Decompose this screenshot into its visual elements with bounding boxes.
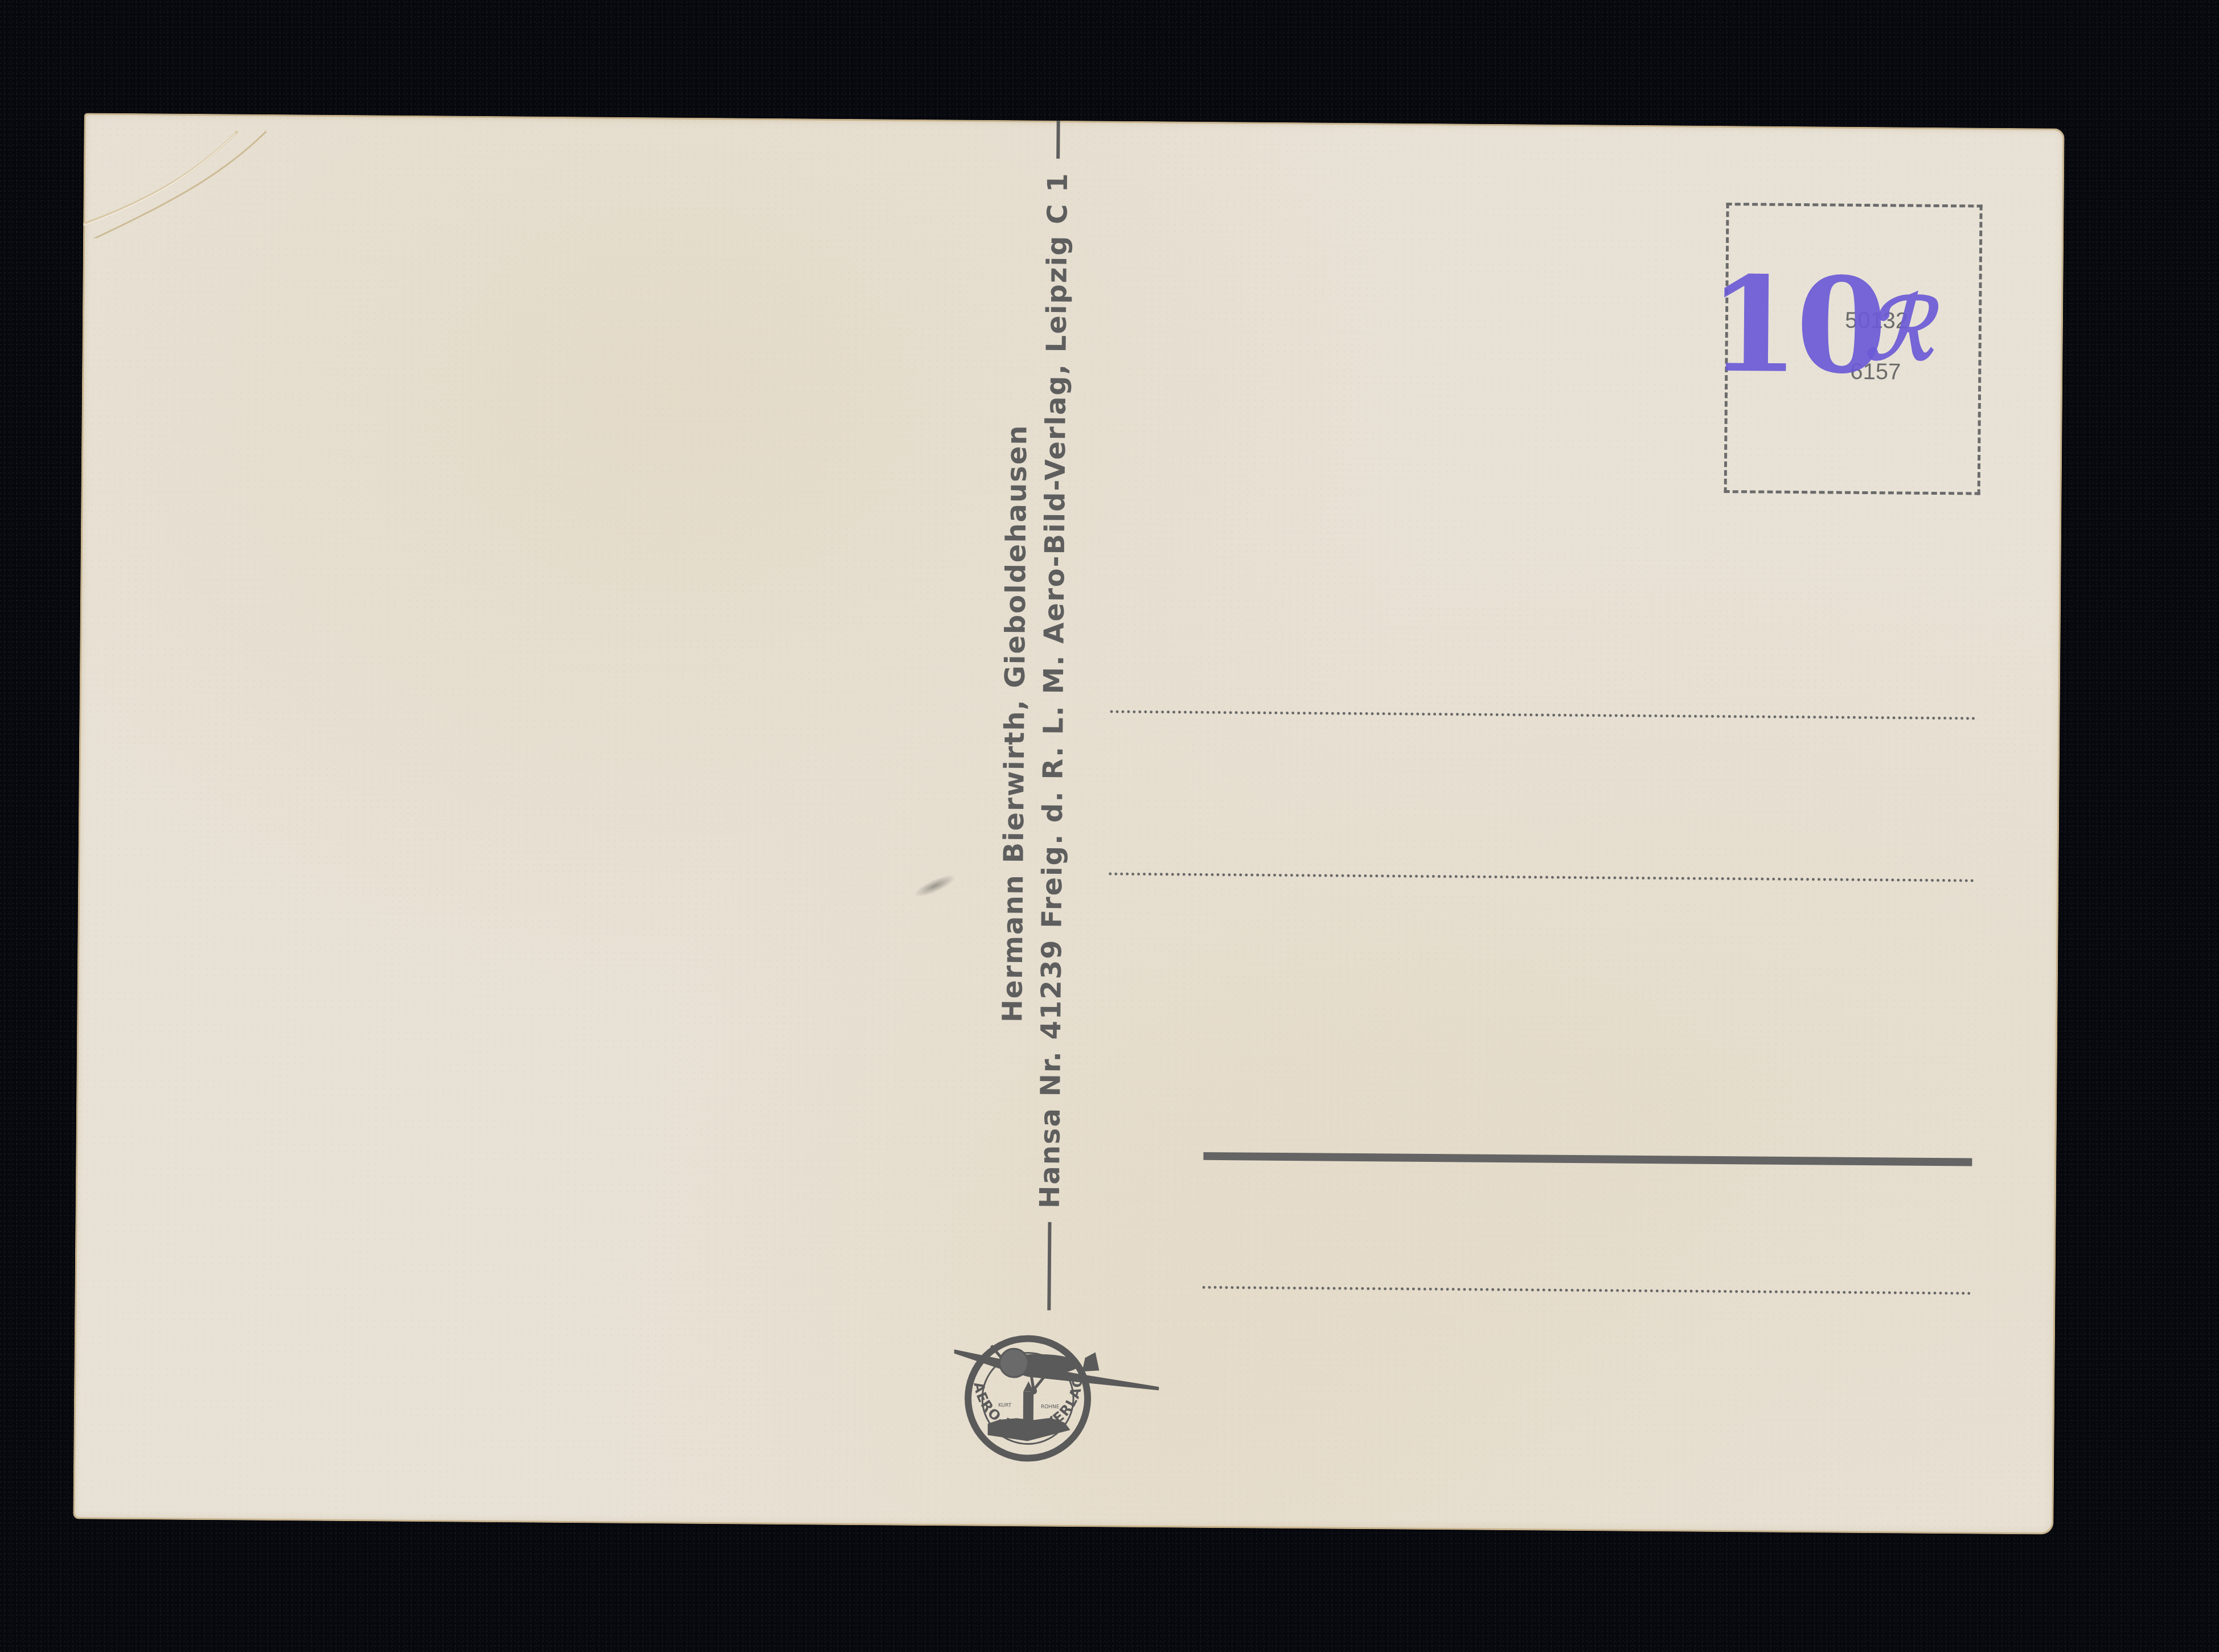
address-line-3 [1203,1152,1972,1166]
publisher-imprint-line-1: Hermann Bierwirth, Gieboldehausen [996,424,1033,1022]
svg-text:ROHNE: ROHNE [1041,1404,1060,1410]
imprint-rule-right [1056,113,1060,158]
handwritten-price: 10 [1708,260,1884,392]
handwritten-price-unit: ℛ [1864,286,1933,372]
ink-smudge [912,871,958,901]
publisher-imprint-text: Hansa Nr. 41239 Freig. d. R. L. M. Aero-… [1034,172,1074,1209]
address-line-2 [1109,873,1974,882]
address-line-1 [1110,710,1976,720]
aero-bild-verlag-logo-icon: AERO-BILD-VERLAG LEIPZIG KURT ROHNE [942,1324,1171,1468]
publisher-imprint-line-2: Hansa Nr. 41239 Freig. d. R. L. M. Aero-… [1033,113,1074,1310]
svg-text:KURT: KURT [998,1403,1012,1408]
postcard-back: Hermann Bierwirth, Gieboldehausen Hansa … [73,113,2064,1534]
imprint-rule-left [1047,1222,1051,1310]
corner-crease [83,124,278,240]
address-line-4 [1203,1286,1971,1295]
